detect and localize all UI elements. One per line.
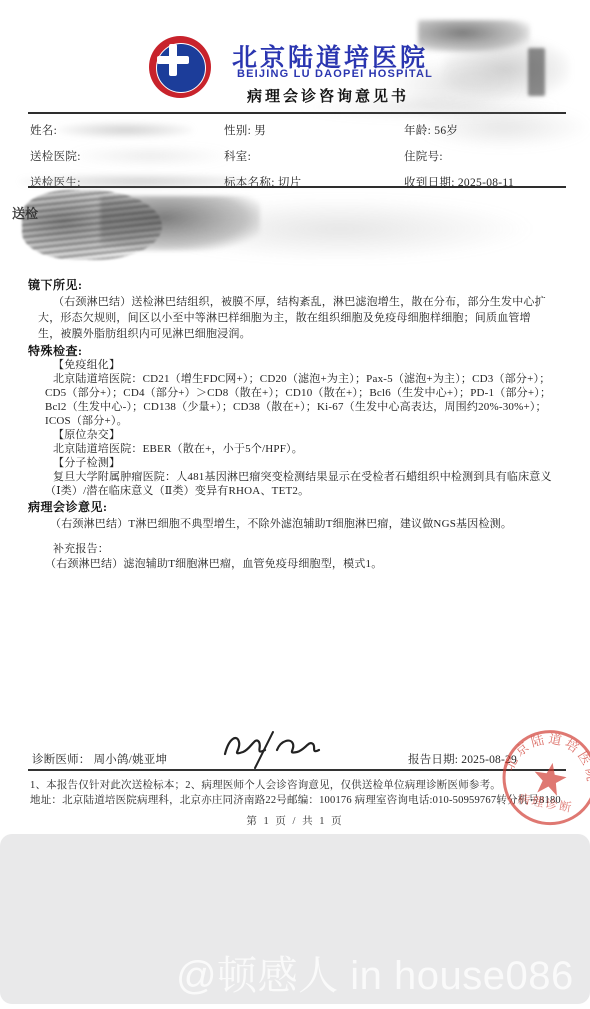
redaction-smudge — [418, 20, 530, 52]
divider-top — [28, 112, 566, 114]
redaction-smudge — [150, 198, 530, 260]
redacted-text: 送检 — [12, 203, 38, 222]
divider-info-bottom — [28, 186, 566, 188]
seal-star-icon — [531, 760, 568, 797]
redaction-smudge — [68, 148, 233, 164]
opinion-line: （右颈淋巴结）T淋巴细胞不典型增生，不除外滤泡辅助T细胞淋巴瘤，建议做NGS基因… — [50, 515, 512, 531]
special-tests-line: （Ⅰ类）/潜在临床意义（Ⅱ类）变异有RHOA、TET2。 — [45, 482, 309, 498]
supplement-line: （右颈淋巴结）滤泡辅助T细胞淋巴瘤，血管免疫母细胞型，模式1。 — [45, 555, 382, 571]
redaction-smudge — [58, 122, 193, 138]
watermark-text: @顿感人 in house086 — [176, 944, 574, 1001]
patient-name-label: 姓名: — [30, 122, 57, 138]
footer-address: 地址：北京陆道培医院病理科，北京亦庄同济南路22号邮编：100176 病理室咨询… — [30, 792, 561, 807]
divider-footer — [28, 769, 566, 771]
section-heading-opinion: 病理会诊意见: — [28, 498, 108, 515]
department-field: 科室: — [224, 148, 251, 164]
logo-blue-circle — [156, 43, 206, 93]
microscopic-line: 生，被膜外脂肪组织内可见淋巴细胞浸润。 — [38, 325, 251, 341]
section-heading-microscopic: 镜下所见: — [28, 276, 83, 293]
seal-inner-text: 病理诊断 — [517, 791, 575, 815]
microscopic-line: 大，形态欠规则，间区以小至中等淋巴样细胞为主，散在组织细胞及免疫母细胞样细胞；间… — [38, 309, 531, 325]
redaction-smudge — [100, 196, 260, 251]
redaction-smudge — [22, 190, 162, 260]
gender-field: 性别: 男 — [224, 122, 266, 138]
inpatient-number-field: 住院号: — [404, 148, 443, 164]
supplement-heading: 补充报告： — [53, 540, 109, 556]
diagnostician-field: 诊断医师： 周小鸽/姚亚坤 — [32, 751, 167, 767]
hospital-logo — [149, 36, 211, 98]
hospital-name-en: BEIJING LU DAOPEI HOSPITAL — [237, 68, 433, 80]
microscopic-line: （右颈淋巴结）送检淋巴结组织，被膜不厚，结构紊乱，淋巴滤泡增生，散在分布，部分生… — [53, 293, 546, 309]
pathology-report-page: 北京陆道培医院 BEIJING LU DAOPEI HOSPITAL 病理会诊咨… — [0, 0, 590, 1009]
redaction-smudge — [442, 38, 570, 100]
document-title: 病理会诊咨询意见书 — [247, 85, 409, 106]
signature-scribble — [215, 728, 327, 770]
age-field: 年龄: 56岁 — [404, 122, 458, 138]
redaction-smudge — [528, 48, 545, 96]
sending-hospital-label: 送检医院: — [30, 148, 81, 164]
footer-note: 1、本报告仅针对此次送检标本；2、病理医师个人会诊咨询意见，仅供送检单位病理诊断… — [30, 777, 501, 792]
medical-cross-icon — [157, 56, 189, 64]
